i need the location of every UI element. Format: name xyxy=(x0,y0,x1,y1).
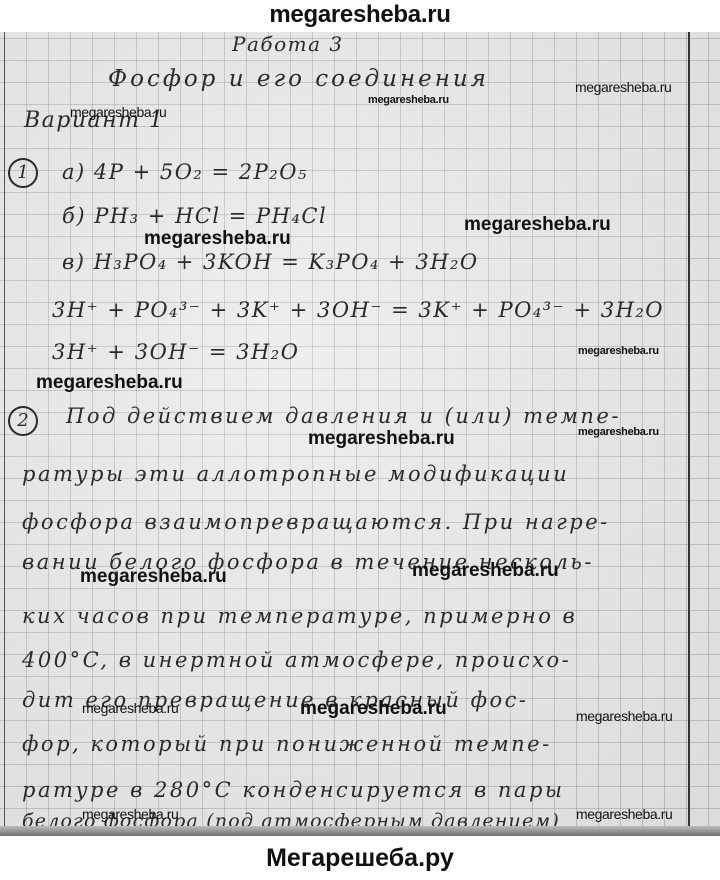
task-2-line-3: фосфора взаимопревращаются. При нагре- xyxy=(22,510,610,534)
watermark: megaresheba.ru xyxy=(576,708,672,724)
task-1c: в) H₃PO₄ + 3KOH = K₃PO₄ + 3H₂O xyxy=(62,250,479,274)
task-2-number: 2 xyxy=(8,406,38,436)
watermark: megaresheba.ru xyxy=(70,104,166,120)
ionic-short-equation: 3H⁺ + 3OH⁻ = 3H₂O xyxy=(52,340,299,364)
task-1b-label: б) xyxy=(62,204,86,228)
task-1c-equation: H₃PO₄ + 3KOH = K₃PO₄ + 3H₂O xyxy=(94,250,479,274)
margin-line xyxy=(688,32,690,832)
task-1a-label: а) xyxy=(62,160,86,184)
watermark: megaresheba.ru xyxy=(578,345,659,357)
watermark: megaresheba.ru xyxy=(80,566,227,588)
task-2-line-1: Под действием давления и (или) темпе- xyxy=(66,404,621,428)
watermark: megaresheba.ru xyxy=(144,228,291,250)
watermark: megaresheba.ru xyxy=(464,214,611,236)
task-2-line-9: ратуре в 280°C конденсируется в пары xyxy=(22,778,565,802)
task-1c-label: в) xyxy=(62,250,85,274)
task-2-line-2: ратуры эти аллотропные модификации xyxy=(22,462,569,486)
watermark: megaresheba.ru xyxy=(36,372,183,394)
site-header-watermark: megaresheba.ru xyxy=(0,0,720,32)
task-2-line-8: фор, который при пониженной темпе- xyxy=(22,732,552,756)
watermark: megaresheba.ru xyxy=(300,698,447,720)
page-left-edge xyxy=(4,32,5,832)
page-bottom-shadow xyxy=(0,826,720,836)
watermark: megaresheba.ru xyxy=(368,94,449,106)
task-2-line-5: ких часов при температуре, примерно в xyxy=(22,604,577,628)
topic-title: Фосфор и его соединения xyxy=(108,66,489,92)
watermark: megaresheba.ru xyxy=(82,806,178,822)
task-1a: а) 4P + 5O₂ = 2P₂O₅ xyxy=(62,160,308,184)
watermark: megaresheba.ru xyxy=(308,428,455,450)
watermark: megaresheba.ru xyxy=(575,79,671,95)
site-footer-watermark: Мегарешеба.ру xyxy=(0,836,720,880)
task-1a-equation: 4P + 5O₂ = 2P₂O₅ xyxy=(94,160,308,184)
ionic-full-equation: 3H⁺ + PO₄³⁻ + 3K⁺ + 3OH⁻ = 3K⁺ + PO₄³⁻ +… xyxy=(52,298,664,322)
watermark: megaresheba.ru xyxy=(578,426,659,438)
task-2-line-6: 400°C, в инертной атмосфере, происхо- xyxy=(22,648,571,672)
task-1-number: 1 xyxy=(8,158,38,188)
watermark: megaresheba.ru xyxy=(412,560,559,582)
work-title: Работа 3 xyxy=(232,32,344,56)
notebook-page: Работа 3 Фосфор и его соединения Вариант… xyxy=(0,32,720,836)
watermark: megaresheba.ru xyxy=(576,806,672,822)
task-1b: б) PH₃ + HCl = PH₄Cl xyxy=(62,204,327,228)
watermark: megaresheba.ru xyxy=(82,700,178,716)
task-1b-equation: PH₃ + HCl = PH₄Cl xyxy=(94,204,327,228)
